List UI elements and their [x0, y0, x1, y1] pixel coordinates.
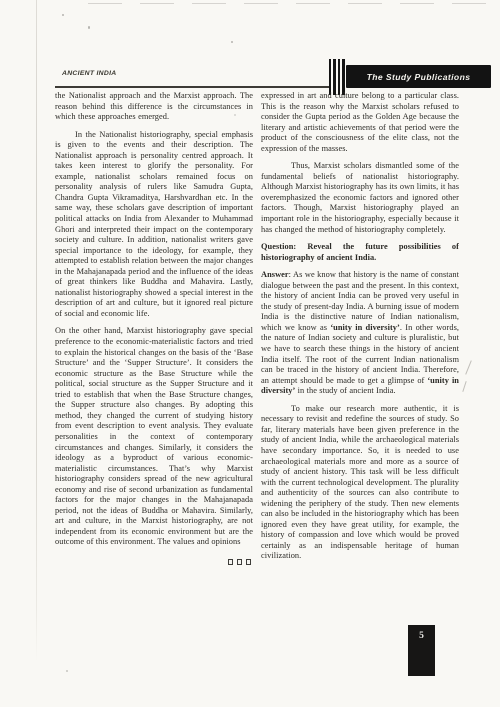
end-square-icon: [228, 559, 234, 565]
text-segment: Thus, Marxist scholars dismantled some o…: [261, 161, 459, 233]
body-paragraph: Answer: As we know that history is the n…: [261, 270, 459, 397]
body-paragraph: Thus, Marxist scholars dismantled some o…: [261, 161, 459, 235]
bold-text-segment: Question: Reveal the future possibilitie…: [261, 242, 459, 262]
pen-mark: [462, 381, 466, 392]
page-content: the Nationalist approach and the Marxist…: [55, 91, 459, 569]
text-segment: in the study of ancient India.: [295, 386, 395, 395]
pen-mark: [465, 360, 472, 374]
scan-speck: [62, 14, 64, 16]
body-paragraph: To make our research more authentic, it …: [261, 404, 459, 562]
left-text-column: the Nationalist approach and the Marxist…: [55, 91, 253, 569]
scan-speck: [231, 41, 233, 43]
header-rule: [55, 86, 330, 88]
question-heading: Question: Reveal the future possibilitie…: [261, 242, 459, 263]
scan-fold-line: [36, 0, 37, 662]
body-paragraph: On the other hand, Marxist historiograph…: [55, 326, 253, 547]
text-segment: the Nationalist approach and the Marxist…: [55, 91, 253, 121]
bar-icon: [329, 59, 331, 95]
scan-edge-artifact: [88, 3, 500, 4]
bar-icon: [342, 59, 344, 95]
text-segment: On the other hand, Marxist historiograph…: [55, 326, 253, 546]
page-number-box: 5: [408, 625, 435, 676]
scan-speck: [88, 26, 90, 29]
bar-icon: [333, 59, 335, 95]
body-paragraph: In the Nationalist historiography, speci…: [55, 130, 253, 320]
end-square-icon: [237, 559, 243, 565]
end-square-icon: [246, 559, 252, 565]
bold-text-segment: Answer: [261, 270, 289, 279]
text-segment: To make our research more authentic, it …: [261, 404, 459, 561]
page-number: 5: [419, 631, 424, 641]
bold-text-segment: ‘unity in diversity’: [330, 323, 400, 332]
text-segment: In the Nationalist historiography, speci…: [55, 130, 253, 318]
body-paragraph: the Nationalist approach and the Marxist…: [55, 91, 253, 123]
publisher-badge: The Study Publications: [346, 65, 491, 88]
scanned-book-page: ANCIENT INDIA The Study Publications the…: [0, 0, 500, 707]
barcode-bars-icon: [329, 59, 345, 95]
body-paragraph: expressed in art and culture belong to a…: [261, 91, 459, 154]
section-end-marks: [55, 559, 251, 565]
bar-icon: [338, 59, 340, 95]
book-title: ANCIENT INDIA: [62, 70, 117, 77]
scan-speck: [66, 670, 68, 672]
right-text-column: expressed in art and culture belong to a…: [261, 91, 459, 569]
text-segment: expressed in art and culture belong to a…: [261, 91, 459, 153]
